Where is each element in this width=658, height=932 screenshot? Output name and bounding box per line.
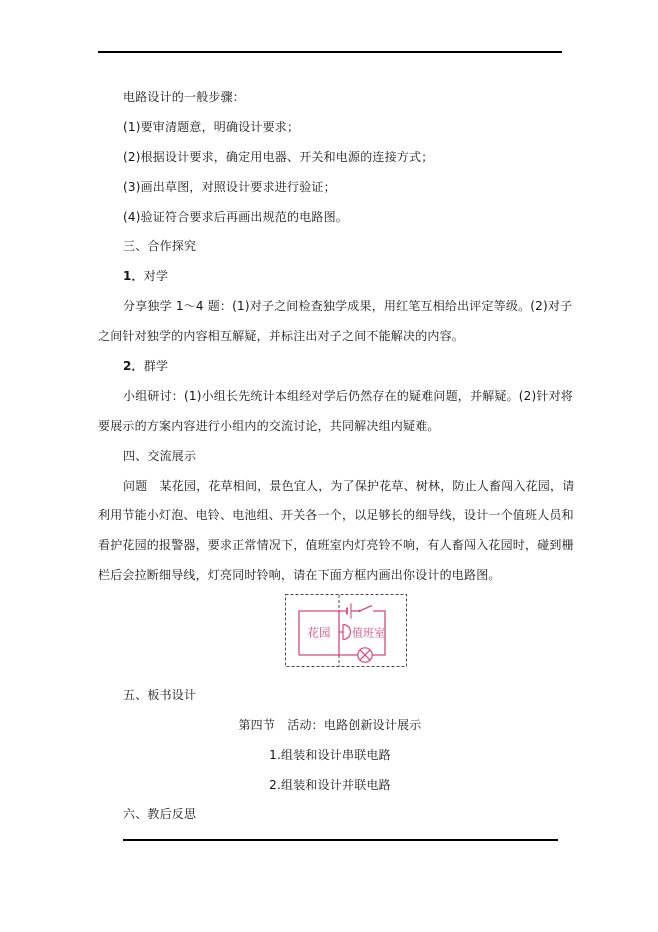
- paragraph-line: 分享独学 1～4 题：(1)对子之间检查独学成果，用红笔互相给出评定等级。(2)…: [98, 297, 562, 327]
- paragraph-line: 之间针对独学的内容相互解疑，并标注出对子之间不能解决的内容。: [98, 327, 562, 357]
- paragraph-line: (2)根据设计要求，确定用电器、开关和电源的连接方式；: [98, 148, 562, 178]
- subsection-heading: 1．对学: [98, 267, 562, 297]
- bell-icon: [339, 625, 351, 640]
- section-heading: 五、板书设计: [98, 686, 562, 716]
- paragraph-line: 栏后会拉断细导线，灯亮同时铃响，请在下面方框内画出你设计的电路图。: [98, 566, 562, 596]
- paragraph-line: 电路设计的一般步骤：: [98, 88, 562, 118]
- top-divider: [98, 51, 562, 53]
- subsection-heading: 2．群学: [98, 357, 562, 387]
- battery-icon: [347, 604, 351, 619]
- paragraph-line: (1)要审清题意，明确设计要求；: [98, 118, 562, 148]
- paragraph-line: 看护花园的报警器，要求正常情况下，值班室内灯亮铃不响，有人畜闯入花园时，碰到栅: [98, 536, 562, 566]
- paragraph-line: (3)画出草图，对照设计要求进行验证；: [98, 178, 562, 208]
- subsection-title: 对学: [144, 269, 168, 283]
- lamp-icon: [358, 648, 372, 662]
- list-number: 1．: [123, 269, 144, 283]
- paragraph-line: (4)验证符合要求后再画出规范的电路图。: [98, 208, 562, 238]
- paragraph-line: 问题 某花园，花草相间，景色宜人，为了保护花草、树林，防止人畜闯入花园，请: [98, 477, 562, 507]
- dashed-frame: [286, 595, 407, 667]
- circuit-diagram: 花园 值班室: [285, 594, 407, 667]
- document-body: 电路设计的一般步骤： (1)要审清题意，明确设计要求； (2)根据设计要求，确定…: [98, 88, 562, 835]
- list-number: 2．: [123, 359, 144, 373]
- section-heading: 六、教后反思: [98, 805, 562, 835]
- garden-label: 花园: [308, 626, 331, 640]
- paragraph-line: 利用节能小灯泡、电铃、电池组、开关各一个，以足够长的细导线，设计一个值班人员和: [98, 506, 562, 536]
- section-heading: 三、合作探究: [98, 237, 562, 267]
- board-title: 第四节 活动：电路创新设计展示: [98, 716, 562, 746]
- board-item: 1.组装和设计串联电路: [98, 746, 562, 776]
- document-page: 电路设计的一般步骤： (1)要审清题意，明确设计要求； (2)根据设计要求，确定…: [0, 0, 658, 932]
- subsection-title: 群学: [144, 359, 168, 373]
- section-heading: 四、交流展示: [98, 447, 562, 477]
- circuit-diagram-slot: 花园 值班室: [98, 596, 562, 686]
- board-item: 2.组装和设计并联电路: [98, 776, 562, 806]
- paragraph-line: 小组研讨：(1)小组长先统计本组经对学后仍然存在的疑难问题，并解疑。(2)针对将: [98, 387, 562, 417]
- duty-room-label: 值班室: [352, 626, 385, 640]
- switch-icon: [358, 606, 372, 613]
- paragraph-line: 要展示的方案内容进行小组内的交流讨论，共同解决组内疑难。: [98, 417, 562, 447]
- bottom-divider: [123, 839, 558, 841]
